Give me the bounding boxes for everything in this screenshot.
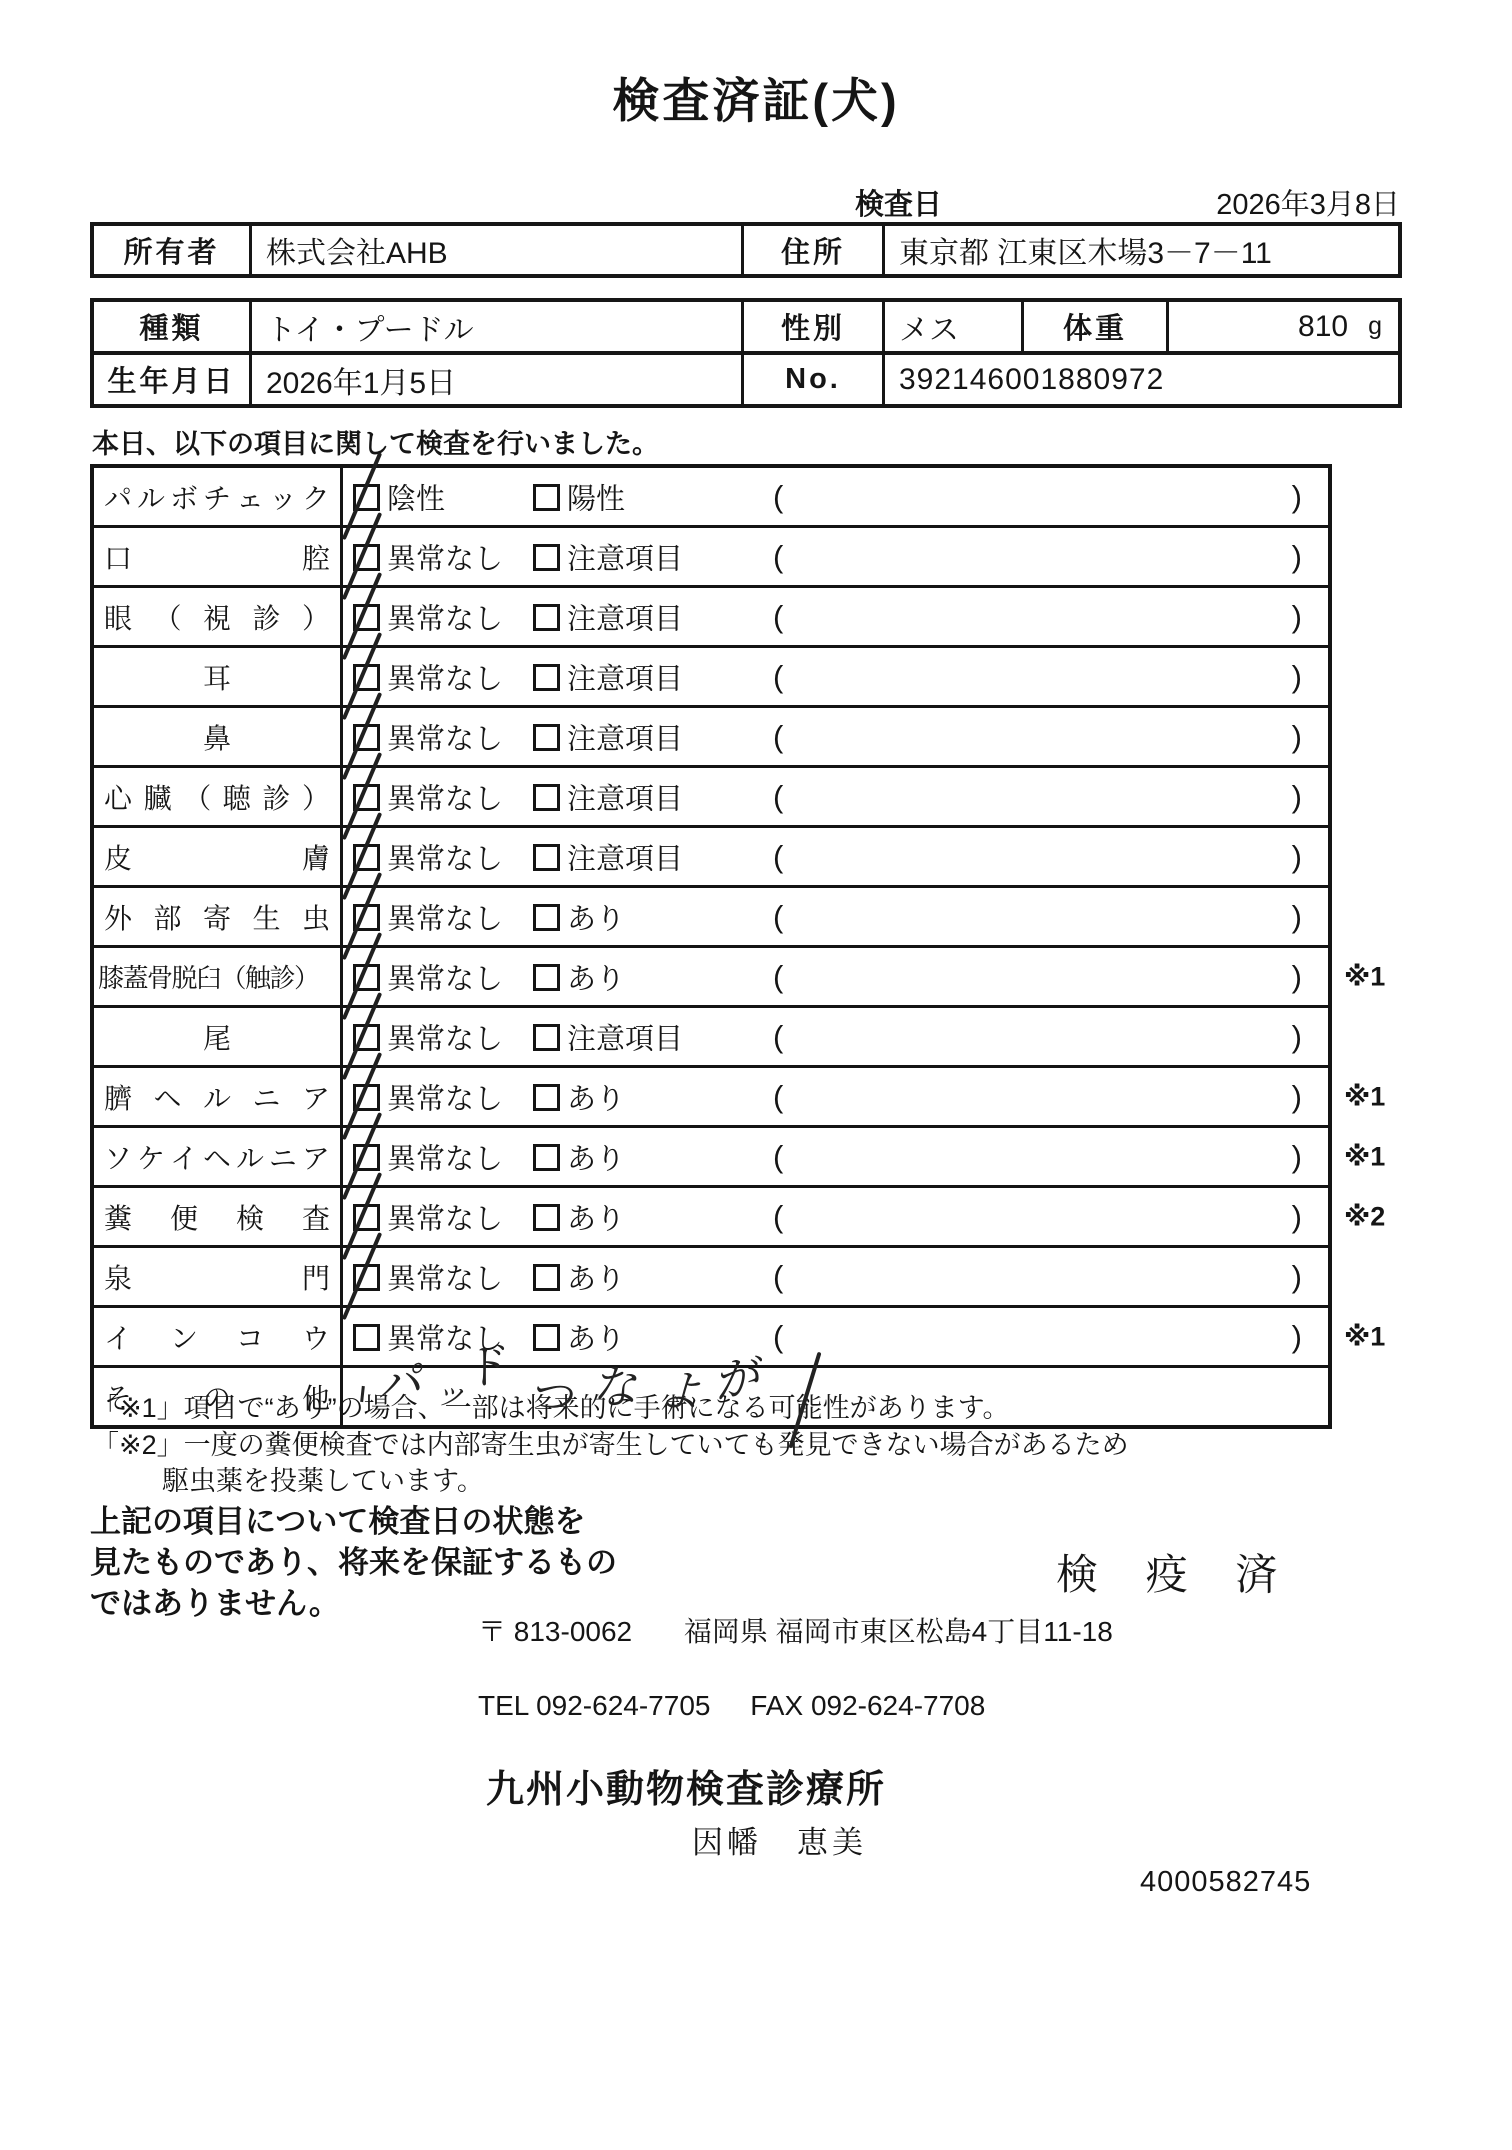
paren-close: ): [1292, 479, 1302, 515]
clinic-tel-line: TEL 092-624-7705 FAX 092-624-7708: [478, 1690, 985, 1722]
paren-close: ): [1292, 599, 1302, 635]
paren-open: (: [773, 1259, 783, 1295]
option1-label: 異常なし: [387, 1196, 503, 1237]
exam-item-label: 尾: [94, 1008, 343, 1065]
exam-row: 外部寄生虫異常なしあり(): [94, 885, 1328, 945]
exam-item-label: 心臓（聴診）: [94, 768, 343, 825]
disclaimer-line-1: 上記の項目について検査日の状態を: [90, 1496, 585, 1541]
row-remark: ※1: [1344, 1141, 1385, 1172]
exam-row: インコウ異常なしあり()※1: [94, 1305, 1328, 1365]
paren-close: ): [1292, 659, 1302, 695]
option2-label: 注意項目: [567, 836, 683, 877]
exam-item-label: パルボチェック: [94, 468, 343, 525]
option1-label: 異常なし: [387, 1316, 503, 1357]
checkbox-option2: [533, 1324, 560, 1351]
option1-label: 異常なし: [387, 656, 503, 697]
clinic-tel: TEL 092-624-7705: [478, 1690, 710, 1721]
paren-close: ): [1292, 1079, 1302, 1115]
paren-close: ): [1292, 1319, 1302, 1355]
breed-value: トイ・プードル: [249, 302, 741, 351]
exam-row-value: 異常なし注意項目(): [343, 1008, 1328, 1065]
exam-row-value: 異常なしあり(): [343, 888, 1328, 945]
exam-item-label: 糞便検査: [94, 1188, 343, 1245]
checkbox-option2: [533, 484, 560, 511]
row-remark: ※2: [1344, 1201, 1385, 1232]
footnote-1: 「※1」項目で“あり”の場合、一部は将来的に手術になる可能性があります。: [92, 1386, 1009, 1425]
paren-open: (: [773, 719, 783, 755]
option1-label: 異常なし: [387, 1076, 503, 1117]
paren-close: ): [1292, 719, 1302, 755]
option2-label: あり: [567, 1136, 625, 1177]
exam-item-label: 臍ヘルニア: [94, 1068, 343, 1125]
option1-label: 異常なし: [387, 1256, 503, 1297]
examiner-name: 因幡 恵美: [692, 1817, 867, 1862]
paren-open: (: [773, 1199, 783, 1235]
weight-label: 体重: [1021, 302, 1166, 351]
checkbox-option2: [533, 964, 560, 991]
option1-label: 異常なし: [387, 896, 503, 937]
paren-open: (: [773, 1139, 783, 1175]
paren-open: (: [773, 839, 783, 875]
row-remark: ※1: [1344, 1321, 1385, 1352]
exam-row: 泉門異常なしあり(): [94, 1245, 1328, 1305]
exam-row-value: 異常なし注意項目(): [343, 588, 1328, 645]
disclaimer-line-3: ではありません。: [90, 1578, 340, 1623]
exam-item-label: ソケイヘルニア: [94, 1128, 343, 1185]
exam-row: 尾異常なし注意項目(): [94, 1005, 1328, 1065]
clinic-address: 福岡県 福岡市東区松島4丁目11-18: [684, 1616, 1113, 1647]
exam-item-label: 皮膚: [94, 828, 343, 885]
birth-value: 2026年1月5日: [249, 355, 741, 404]
exam-item-label: 耳: [94, 648, 343, 705]
serial-number: 4000582745: [1140, 1866, 1311, 1899]
sex-label: 性別: [741, 302, 882, 351]
disclaimer-line-2: 見たものであり、将来を保証するもの: [90, 1537, 617, 1582]
option2-label: 注意項目: [567, 716, 683, 757]
option2-label: 注意項目: [567, 776, 683, 817]
exam-row-value: 異常なし注意項目(): [343, 768, 1328, 825]
paren-close: ): [1292, 839, 1302, 875]
dog-info-table: 種類 トイ・プードル 性別 メス 体重 810 g 生年月日 2026年1月5日…: [90, 298, 1402, 408]
option2-label: あり: [567, 956, 625, 997]
breed-label: 種類: [94, 302, 249, 351]
exam-row: 膝蓋骨脱臼（触診）異常なしあり()※1: [94, 945, 1328, 1005]
exam-row-value: 異常なし注意項目(): [343, 648, 1328, 705]
checkbox-option1: [353, 1324, 380, 1351]
option1-label: 異常なし: [387, 956, 503, 997]
paren-open: (: [773, 659, 783, 695]
checkbox-option2: [533, 1144, 560, 1171]
checkbox-option2: [533, 1024, 560, 1051]
exam-row: 心臓（聴診）異常なし注意項目(): [94, 765, 1328, 825]
paren-close: ): [1292, 779, 1302, 815]
option2-label: 注意項目: [567, 656, 683, 697]
checkbox-option2: [533, 604, 560, 631]
exam-row: 糞便検査異常なしあり()※2: [94, 1185, 1328, 1245]
option1-label: 異常なし: [387, 596, 503, 637]
option2-label: 注意項目: [567, 1016, 683, 1057]
exam-row: 眼（視診）異常なし注意項目(): [94, 585, 1328, 645]
exam-row-value: 異常なしあり(): [343, 1128, 1328, 1185]
clinic-address-line: 〒 813-0062 福岡県 福岡市東区松島4丁目11-18: [478, 1610, 1113, 1650]
option1-label: 異常なし: [387, 1016, 503, 1057]
exam-item-label: 鼻: [94, 708, 343, 765]
no-value: 392146001880972: [882, 355, 1398, 404]
option2-label: あり: [567, 1256, 625, 1297]
quarantine-stamp: 検 疫 済: [1056, 1542, 1295, 1602]
exam-item-label: 眼（視診）: [94, 588, 343, 645]
option2-label: あり: [567, 1196, 625, 1237]
exam-row: 口腔異常なし注意項目(): [94, 525, 1328, 585]
option1-label: 異常なし: [387, 836, 503, 877]
exam-row: ソケイヘルニア異常なしあり()※1: [94, 1125, 1328, 1185]
address-label: 住所: [741, 226, 882, 274]
owner-label: 所有者: [94, 226, 249, 274]
checkbox-option2: [533, 664, 560, 691]
exam-row: 耳異常なし注意項目(): [94, 645, 1328, 705]
no-label: No.: [741, 355, 882, 404]
checkbox-option2: [533, 784, 560, 811]
weight-value: 810: [1298, 310, 1348, 344]
checkbox-option2: [533, 904, 560, 931]
exam-row-value: 異常なしあり(): [343, 1188, 1328, 1245]
option1-label: 異常なし: [387, 1136, 503, 1177]
paren-open: (: [773, 1319, 783, 1355]
exam-row: 鼻異常なし注意項目(): [94, 705, 1328, 765]
clinic-name: 九州小動物検査診療所: [486, 1758, 886, 1813]
owner-value: 株式会社AHB: [249, 226, 741, 274]
paren-open: (: [773, 1019, 783, 1055]
option1-label: 異常なし: [387, 776, 503, 817]
option2-label: 注意項目: [567, 596, 683, 637]
checkbox-option2: [533, 1264, 560, 1291]
exam-item-label: 膝蓋骨脱臼（触診）: [94, 948, 343, 1005]
exam-row: 皮膚異常なし注意項目(): [94, 825, 1328, 885]
paren-open: (: [773, 959, 783, 995]
footnote-2-cont: 駆虫薬を投薬しています。: [162, 1459, 484, 1498]
exam-row-value: 異常なしあり(): [343, 948, 1328, 1005]
exam-row-value: 異常なし注意項目(): [343, 708, 1328, 765]
exam-row-value: 異常なしあり(): [343, 1248, 1328, 1305]
option2-label: 陽性: [567, 476, 625, 517]
paren-open: (: [773, 779, 783, 815]
checkbox-option2: [533, 1204, 560, 1231]
exam-row-value: 異常なし注意項目(): [343, 828, 1328, 885]
option1-label: 異常なし: [387, 536, 503, 577]
exam-table: パルボチェック陰性陽性()口腔異常なし注意項目()眼（視診）異常なし注意項目()…: [90, 464, 1332, 1429]
paren-open: (: [773, 899, 783, 935]
option2-label: 注意項目: [567, 536, 683, 577]
owner-table: 所有者 株式会社AHB 住所 東京都 江東区木場3－7－11: [90, 222, 1402, 278]
exam-item-label: 口腔: [94, 528, 343, 585]
option1-label: 陰性: [387, 476, 445, 517]
exam-row: パルボチェック陰性陽性(): [94, 468, 1328, 525]
exam-row: 臍ヘルニア異常なしあり()※1: [94, 1065, 1328, 1125]
clinic-postal-code: 〒 813-0062: [478, 1616, 632, 1647]
paren-close: ): [1292, 1259, 1302, 1295]
paren-open: (: [773, 599, 783, 635]
clinic-fax: FAX 092-624-7708: [750, 1690, 985, 1721]
weight-unit: g: [1368, 312, 1382, 341]
intro-sentence: 本日、以下の項目に関して検査を行いました。: [92, 422, 659, 461]
option2-label: あり: [567, 896, 625, 937]
checkbox-option2: [533, 544, 560, 571]
weight-value-cell: 810 g: [1166, 302, 1398, 351]
birth-label: 生年月日: [94, 355, 249, 404]
paren-close: ): [1292, 1139, 1302, 1175]
option2-label: あり: [567, 1316, 625, 1357]
checkbox-option2: [533, 1084, 560, 1111]
paren-open: (: [773, 539, 783, 575]
address-value: 東京都 江東区木場3－7－11: [882, 226, 1398, 274]
exam-date-label: 検査日: [855, 182, 942, 223]
paren-close: ): [1292, 539, 1302, 575]
paren-close: ): [1292, 959, 1302, 995]
exam-date-value: 2026年3月8日: [1216, 182, 1400, 223]
page-title: 検査済証(犬): [0, 64, 1512, 131]
sex-value: メス: [882, 302, 1021, 351]
exam-item-label: インコウ: [94, 1308, 343, 1365]
exam-row-value: 陰性陽性(): [343, 468, 1328, 525]
row-remark: ※1: [1344, 1081, 1385, 1112]
certificate-page: 検査済証(犬) 検査日 2026年3月8日 所有者 株式会社AHB 住所 東京都…: [0, 0, 1512, 2150]
exam-item-label: 泉門: [94, 1248, 343, 1305]
paren-close: ): [1292, 1019, 1302, 1055]
exam-item-label: 外部寄生虫: [94, 888, 343, 945]
option2-label: あり: [567, 1076, 625, 1117]
checkbox-option2: [533, 844, 560, 871]
option1-label: 異常なし: [387, 716, 503, 757]
footnote-2: 「※2」一度の糞便検査では内部寄生虫が寄生していても発見できない場合があるため: [92, 1423, 1129, 1462]
exam-row-value: 異常なしあり(): [343, 1068, 1328, 1125]
exam-row-value: 異常なし注意項目(): [343, 528, 1328, 585]
paren-open: (: [773, 479, 783, 515]
paren-close: ): [1292, 1199, 1302, 1235]
checkbox-option2: [533, 724, 560, 751]
paren-close: ): [1292, 899, 1302, 935]
paren-open: (: [773, 1079, 783, 1115]
exam-row-value: 異常なしあり(): [343, 1308, 1328, 1365]
row-remark: ※1: [1344, 961, 1385, 992]
